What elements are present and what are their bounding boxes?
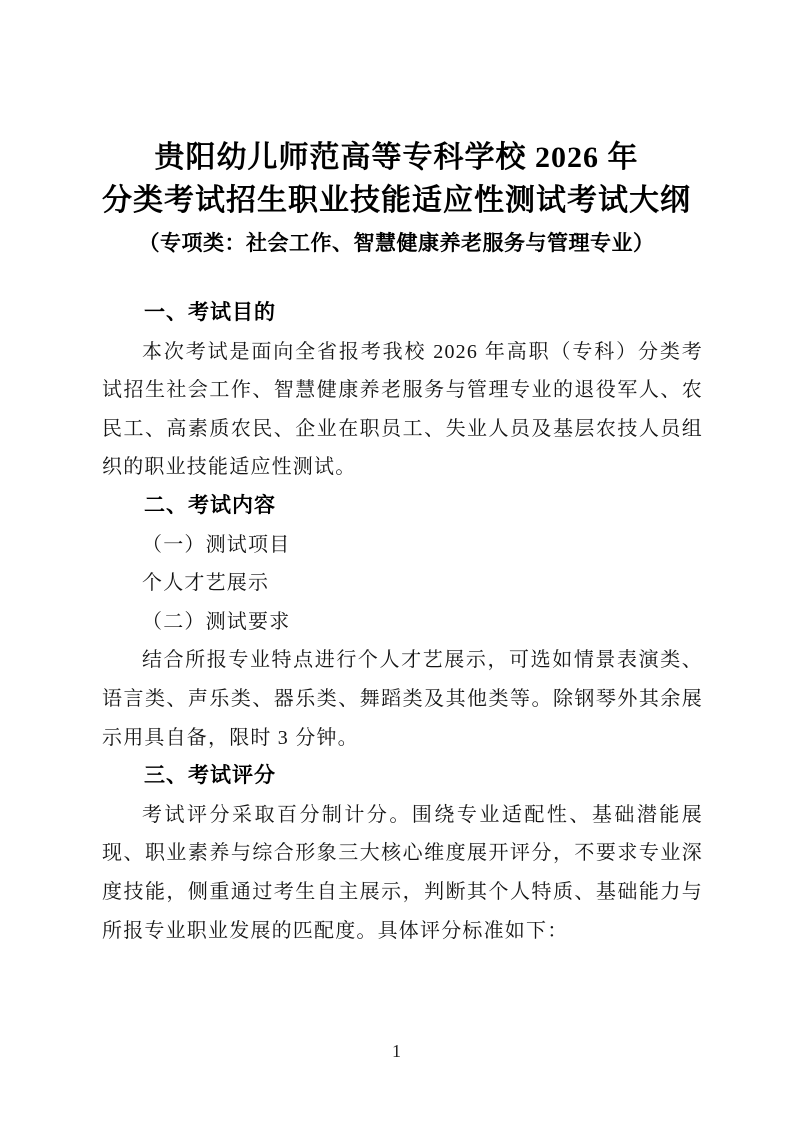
document-title-line2: 分类考试招生职业技能适应性测试考试大纲 [0,179,793,222]
document-title-block: 贵阳幼儿师范高等专科学校 2026 年 分类考试招生职业技能适应性测试考试大纲 … [0,136,793,258]
paragraph-test-requirements: 结合所报专业特点进行个人才艺展示，可选如情景表演类、语言类、声乐类、器乐类、舞蹈… [102,641,703,757]
document-subtitle: （专项类：社会工作、智慧健康养老服务与管理专业） [0,228,793,258]
document-body: 一、考试目的 本次考试是面向全省报考我校 2026 年高职（专科）分类考试招生社… [102,294,703,950]
section-heading-exam-scoring: 三、考试评分 [102,757,703,796]
page-number: 1 [0,1040,793,1062]
document-page: 贵阳幼儿师范高等专科学校 2026 年 分类考试招生职业技能适应性测试考试大纲 … [0,0,793,1122]
paragraph-exam-purpose: 本次考试是面向全省报考我校 2026 年高职（专科）分类考试招生社会工作、智慧健… [102,333,703,487]
subsection-label-test-items: （一）测试项目 [102,526,703,565]
document-title-line1: 贵阳幼儿师范高等专科学校 2026 年 [0,136,793,179]
paragraph-exam-scoring: 考试评分采取百分制计分。围绕专业适配性、基础潜能展现、职业素养与综合形象三大核心… [102,796,703,950]
paragraph-test-items: 个人才艺展示 [102,564,703,603]
section-heading-exam-content: 二、考试内容 [102,487,703,526]
subsection-label-test-requirements: （二）测试要求 [102,603,703,642]
section-heading-exam-purpose: 一、考试目的 [102,294,703,333]
